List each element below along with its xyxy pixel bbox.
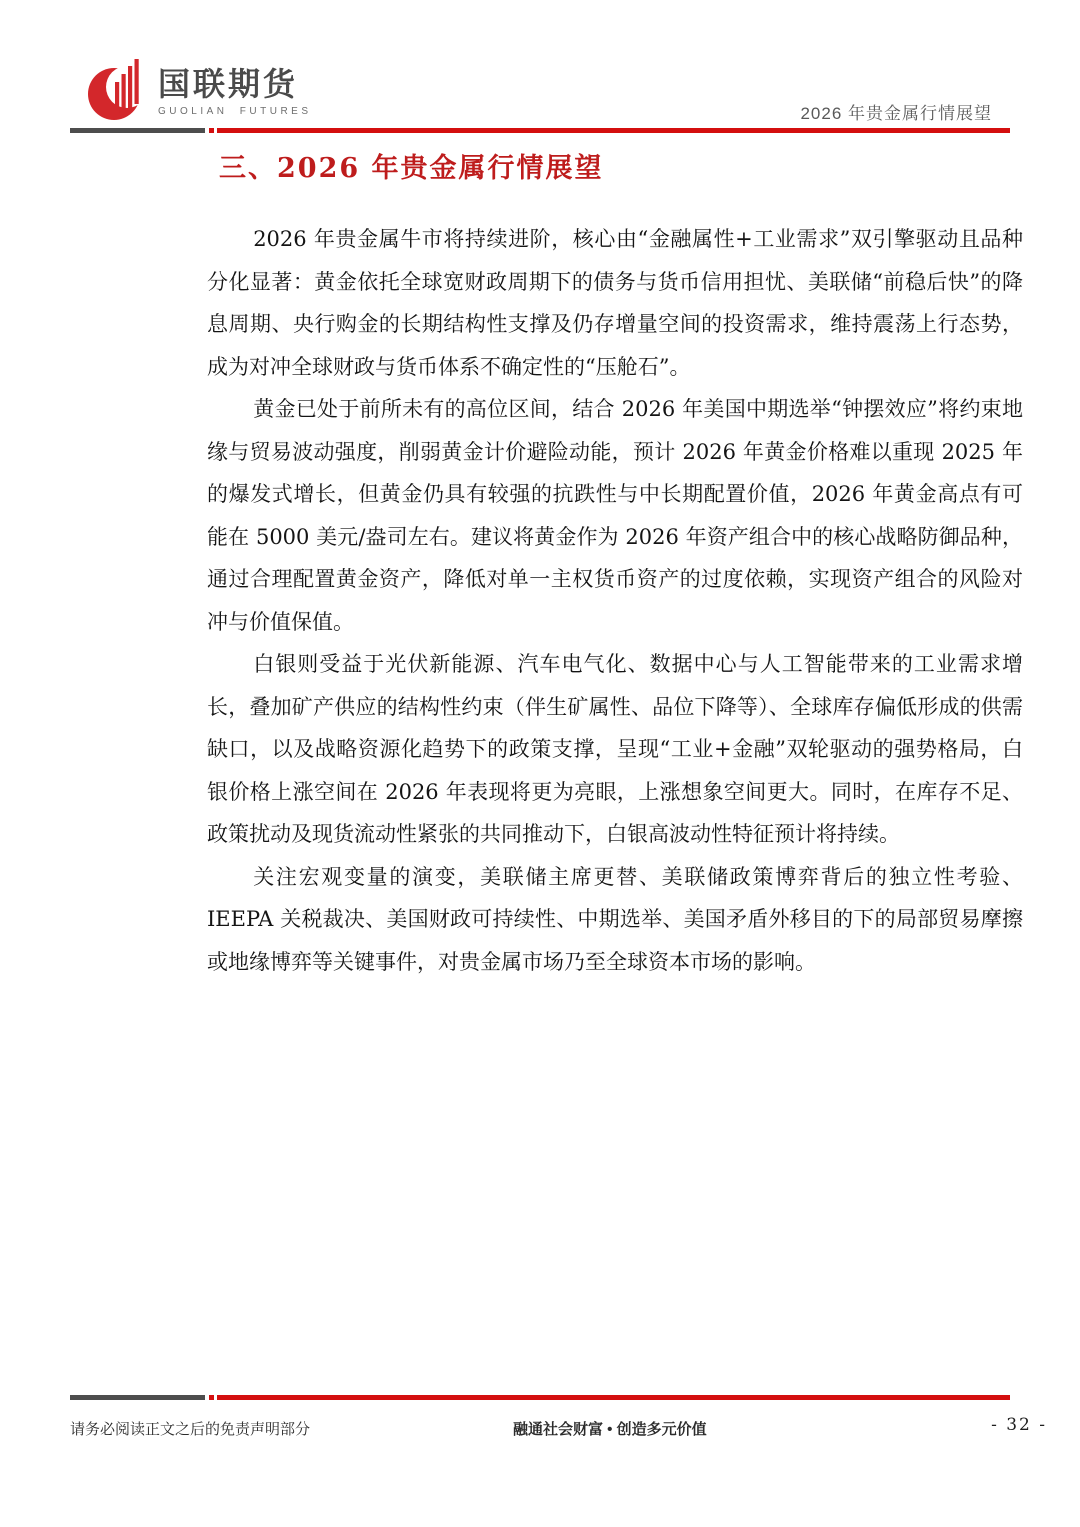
header-divider-red-segment xyxy=(217,128,1010,133)
section-title: 三、2026 年贵金属行情展望 xyxy=(219,146,1023,185)
logo-name-cn: 国联期货 xyxy=(158,68,312,102)
footer-slogan: 融通社会财富 • 创造多元价值 xyxy=(513,1418,707,1439)
header-divider xyxy=(70,128,1010,133)
logo-name-en: GUOLIAN FUTURES xyxy=(158,106,312,117)
header-divider-gray-segment xyxy=(70,128,205,133)
logo-building-icon xyxy=(86,56,150,122)
body-paragraph: 2026 年贵金属牛市将持续进阶，核心由“金融属性+工业需求”双引擎驱动且品种分… xyxy=(207,218,1023,388)
body-paragraph: 黄金已处于前所未有的高位区间，结合 2026 年美国中期选举“钟摆效应”将约束地… xyxy=(207,388,1023,643)
footer-divider-red-segment xyxy=(217,1395,1010,1400)
report-page: 国联期货 GUOLIAN FUTURES 2026 年贵金属行情展望 三、202… xyxy=(0,0,1080,1527)
footer-divider xyxy=(70,1395,1010,1400)
body-paragraph: 白银则受益于光伏新能源、汽车电气化、数据中心与人工智能带来的工业需求增长，叠加矿… xyxy=(207,643,1023,856)
header-divider-dot xyxy=(209,128,214,133)
footer-divider-dot xyxy=(209,1395,214,1400)
footer-disclaimer: 请务必阅读正文之后的免责声明部分 xyxy=(70,1418,310,1439)
footer-page-number: - 32 - xyxy=(991,1415,1047,1435)
footer-divider-gray-segment xyxy=(70,1395,205,1400)
logo-text: 国联期货 GUOLIAN FUTURES xyxy=(158,68,312,117)
body-paragraph: 关注宏观变量的演变，美联储主席更替、美联储政策博弈背后的独立性考验、IEEPA … xyxy=(207,856,1023,984)
company-logo: 国联期货 GUOLIAN FUTURES xyxy=(86,56,312,122)
header-doc-title: 2026 年贵金属行情展望 xyxy=(800,99,992,124)
report-body: 三、2026 年贵金属行情展望 2026 年贵金属牛市将持续进阶，核心由“金融属… xyxy=(207,146,1023,983)
